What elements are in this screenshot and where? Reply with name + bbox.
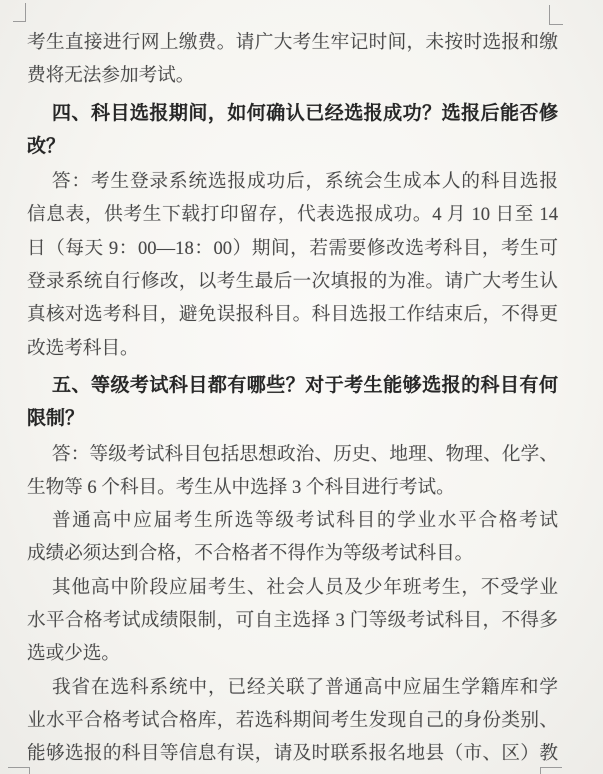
crop-mark-top-left: [13, 3, 26, 22]
text-line: 日（每天 9：00—18：00）期间，若需要修改选考科目，考生可: [27, 232, 558, 265]
text-line: 业水平合格考试合格库，若选科期间考生发现自己的身份类别、: [27, 704, 558, 737]
text-line: 我省在选科系统中，已经关联了普通高中应届生学籍库和学: [27, 671, 558, 704]
text-line: 其他高中阶段应届考生、社会人员及少年班考生，不受学业: [27, 571, 558, 604]
section-heading-line: 四、科目选报期间，如何确认已经选报成功？选报后能否修: [27, 97, 558, 130]
text-line: 真核对选考科目，避免误报科目。科目选报工作结束后，不得更: [27, 298, 558, 331]
crop-mark-top-right: [549, 5, 563, 25]
section-heading-line: 改？: [27, 130, 558, 163]
text-line: 能够选报的科目等信息有误，请及时联系报名地县（市、区）教: [27, 737, 558, 770]
text-line: 答：等级考试科目包括思想政治、历史、地理、物理、化学、: [27, 438, 558, 471]
text-line: 登录系统自行修改，以考生最后一次填报的为准。请广大考生认: [27, 265, 558, 298]
text-line: 普通高中应届考生所选等级考试科目的学业水平合格考试: [27, 504, 558, 537]
text-line: 水平合格考试成绩限制，可自主选择 3 门等级考试科目，不得多: [27, 604, 558, 637]
text-line: 成绩必须达到合格，不合格者不得作为等级考试科目。: [27, 537, 558, 570]
text-line: 信息表，供考生下载打印留存，代表选报成功。4 月 10 日至 14: [27, 198, 558, 231]
text-line: 考生直接进行网上缴费。请广大考生牢记时间，未按时选报和缴: [27, 26, 558, 59]
text-line: 答：考生登录系统选报成功后，系统会生成本人的科目选报: [27, 165, 558, 198]
text-line: 改选考科目。: [27, 332, 558, 365]
text-line: 选或少选。: [27, 637, 558, 670]
section-heading-line: 五、等级考试科目都有哪些？对于考生能够选报的科目有何: [27, 369, 558, 402]
section-heading-line: 限制？: [27, 402, 558, 435]
text-line: 费将无法参加考试。: [27, 59, 558, 92]
text-line: 生物等 6 个科目。考生从中选择 3 个科目进行考试。: [27, 471, 558, 504]
document-page: 考生直接进行网上缴费。请广大考生牢记时间，未按时选报和缴 费将无法参加考试。 四…: [27, 26, 558, 771]
